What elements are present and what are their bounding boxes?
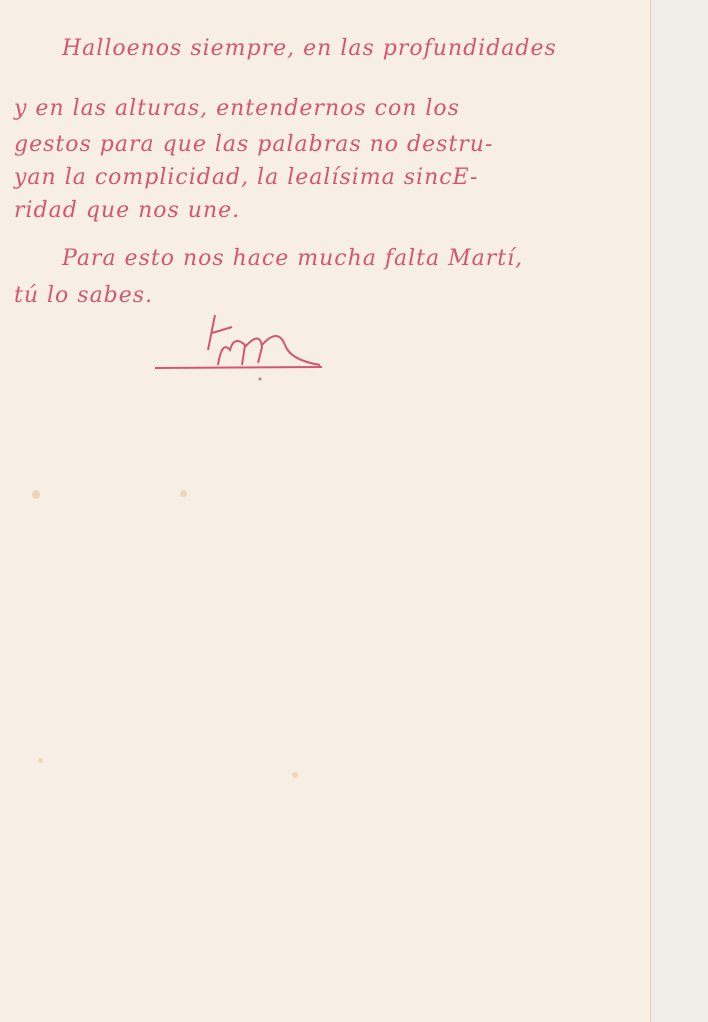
letter-line-5: ridad que nos une. bbox=[14, 198, 240, 223]
letter-line-4: yan la complicidad, la lealísima sincE- bbox=[14, 165, 478, 190]
letter-line-6: Para esto nos hace mucha falta Martí, bbox=[62, 246, 523, 271]
paper-stain bbox=[292, 772, 298, 778]
signature bbox=[150, 305, 340, 385]
letter-page: Halloenos siempre, en las profundidades … bbox=[0, 0, 650, 1022]
paper-stain bbox=[180, 490, 187, 497]
letter-line-2: y en las alturas, entendernos con los bbox=[14, 96, 460, 121]
letter-line-1: Halloenos siempre, en las profundidades bbox=[62, 36, 557, 61]
paper-stain bbox=[38, 758, 43, 763]
back-sheet-edge bbox=[650, 0, 708, 1022]
letter-line-7: tú lo sabes. bbox=[14, 283, 153, 308]
letter-line-3: gestos para que las palabras no destru- bbox=[14, 132, 493, 157]
paper-stain bbox=[32, 490, 40, 499]
